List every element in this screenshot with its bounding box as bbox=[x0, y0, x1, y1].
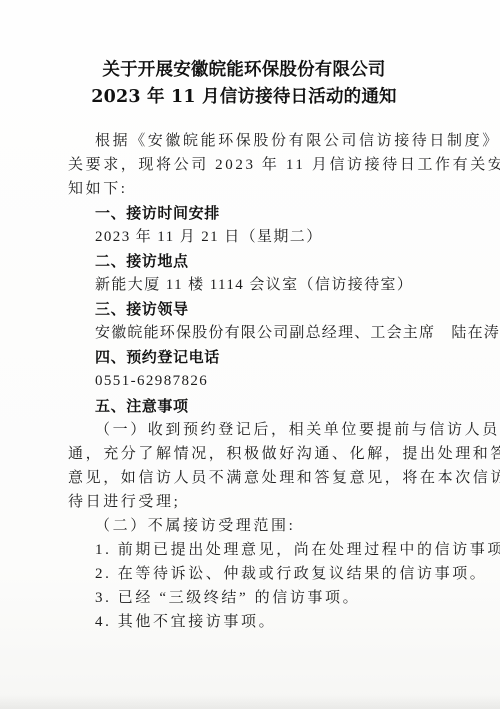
section-heading-notes: 五、注意事项 bbox=[68, 394, 428, 418]
exclusion-item-1: 1. 前期已提出处理意见，尚在处理过程中的信访事项。 bbox=[68, 538, 428, 562]
intro-line-3: 知如下: bbox=[68, 177, 428, 201]
exclusion-item-4: 4. 其他不宜接访事项。 bbox=[68, 610, 428, 634]
exclusion-item-3: 3. 已经 “三级终结” 的信访事项。 bbox=[68, 586, 428, 610]
note-1-line-3: 意见，如信访人员不满意处理和答复意见，将在本次信访接 bbox=[68, 466, 428, 490]
intro-line-2: 关要求，现将公司 2023 年 11 月信访接待日工作有关安排通 bbox=[68, 153, 428, 177]
note-2-heading: （二）不属接访受理范围: bbox=[68, 514, 428, 538]
section-content-leader: 安徽皖能环保股份有限公司副总经理、工会主席 陆在涛 bbox=[68, 321, 428, 345]
exclusion-item-2: 2. 在等待诉讼、仲裁或行政复议结果的信访事项。 bbox=[68, 562, 428, 586]
section-heading-phone: 四、预约登记电话 bbox=[68, 345, 428, 369]
section-heading-leader: 三、接访领导 bbox=[68, 297, 428, 321]
document-page: 关于开展安徽皖能环保股份有限公司 2023 年 11 月信访接待日活动的通知 根… bbox=[0, 0, 500, 709]
document-title-line-1: 关于开展安徽皖能环保股份有限公司 bbox=[0, 57, 494, 83]
intro-line-1: 根据《安徽皖能环保股份有限公司信访接待日制度》相 bbox=[68, 129, 428, 153]
document-title-line-2: 2023 年 11 月信访接待日活动的通知 bbox=[0, 84, 494, 110]
section-content-time: 2023 年 11 月 21 日（星期二） bbox=[68, 225, 428, 249]
note-1-line-4: 待日进行受理; bbox=[68, 490, 428, 514]
document-body: 根据《安徽皖能环保股份有限公司信访接待日制度》相 关要求，现将公司 2023 年… bbox=[68, 129, 428, 634]
section-heading-time: 一、接访时间安排 bbox=[68, 201, 428, 225]
note-1-line-1: （一）收到预约登记后，相关单位要提前与信访人员沟 bbox=[68, 418, 428, 442]
scan-edge-shadow bbox=[0, 695, 500, 709]
section-content-location: 新能大厦 11 楼 1114 会议室（信访接待室） bbox=[68, 273, 428, 297]
section-heading-location: 二、接访地点 bbox=[68, 249, 428, 273]
note-1-line-2: 通，充分了解情况，积极做好沟通、化解，提出处理和答复 bbox=[68, 442, 428, 466]
section-content-phone: 0551-62987826 bbox=[68, 369, 428, 393]
